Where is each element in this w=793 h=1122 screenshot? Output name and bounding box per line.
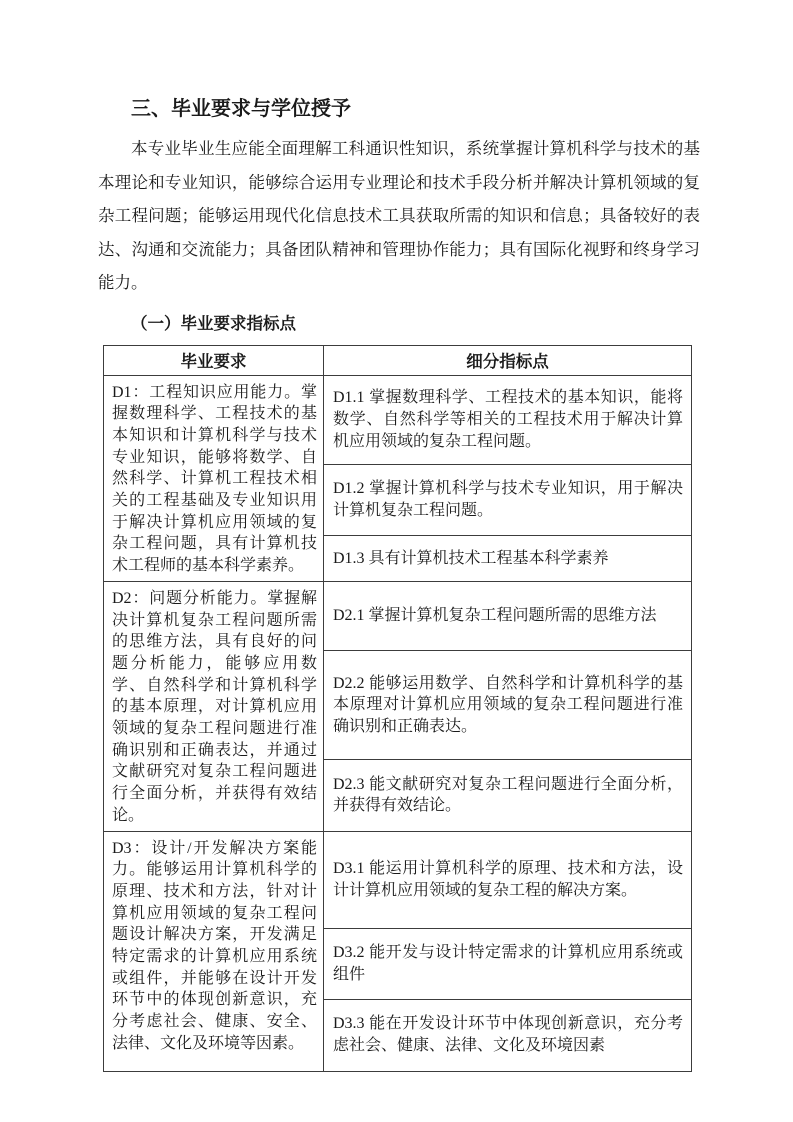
column-header-requirement: 毕业要求 bbox=[104, 345, 324, 375]
subsection-title: （一）毕业要求指标点 bbox=[131, 313, 700, 335]
table-row: D3：设计/开发解决方案能力。能够运用计算机科学的原理、技术和方法，针对计算机应… bbox=[104, 831, 692, 928]
table-row: D2：问题分析能力。掌握解决计算机复杂工程问题所需的思维方法，具有良好的问题分析… bbox=[104, 581, 692, 650]
indicator-cell-d1-3: D1.3 具有计算机技术工程基本科学素养 bbox=[324, 535, 692, 581]
requirement-cell-d1: D1：工程知识应用能力。掌握数理科学、工程技术的基本知识和计算机科学与技术专业知… bbox=[104, 375, 324, 581]
indicator-cell-d3-3: D3.3 能在开发设计环节中体现创新意识，充分考虑社会、健康、法律、文化及环境因… bbox=[324, 999, 692, 1071]
table-row: D1：工程知识应用能力。掌握数理科学、工程技术的基本知识和计算机科学与技术专业知… bbox=[104, 375, 692, 465]
section-title: 三、毕业要求与学位授予 bbox=[131, 94, 700, 124]
indicator-cell-d3-2: D3.2 能开发与设计特定需求的计算机应用系统或组件 bbox=[324, 928, 692, 999]
requirement-cell-d3: D3：设计/开发解决方案能力。能够运用计算机科学的原理、技术和方法，针对计算机应… bbox=[104, 831, 324, 1071]
indicator-cell-d2-3: D2.3 能文献研究对复杂工程问题进行全面分析，并获得有效结论。 bbox=[324, 759, 692, 831]
intro-paragraph: 本专业毕业生应能全面理解工科通识性知识，系统掌握计算机科学与技术的基本理论和专业… bbox=[98, 132, 700, 300]
requirement-cell-d2: D2：问题分析能力。掌握解决计算机复杂工程问题所需的思维方法，具有良好的问题分析… bbox=[104, 581, 324, 831]
document-page: 三、毕业要求与学位授予 本专业毕业生应能全面理解工科通识性知识，系统掌握计算机科… bbox=[0, 0, 793, 1122]
indicator-cell-d2-2: D2.2 能够运用数学、自然科学和计算机科学的基本原理对计算机应用领域的复杂工程… bbox=[324, 651, 692, 760]
indicator-cell-d1-1: D1.1 掌握数理科学、工程技术的基本知识，能将数学、自然科学等相关的工程技术用… bbox=[324, 375, 692, 465]
column-header-indicator: 细分指标点 bbox=[324, 345, 692, 375]
requirements-table: 毕业要求 细分指标点 D1：工程知识应用能力。掌握数理科学、工程技术的基本知识和… bbox=[103, 345, 692, 1072]
indicator-cell-d2-1: D2.1 掌握计算机复杂工程问题所需的思维方法 bbox=[324, 581, 692, 650]
indicator-cell-d3-1: D3.1 能运用计算机科学的原理、技术和方法，设计计算机应用领域的复杂工程的解决… bbox=[324, 831, 692, 928]
page-content: 三、毕业要求与学位授予 本专业毕业生应能全面理解工科通识性知识，系统掌握计算机科… bbox=[0, 0, 793, 1072]
table-header-row: 毕业要求 细分指标点 bbox=[104, 345, 692, 375]
indicator-cell-d1-2: D1.2 掌握计算机科学与技术专业知识，用于解决计算机复杂工程问题。 bbox=[324, 465, 692, 536]
